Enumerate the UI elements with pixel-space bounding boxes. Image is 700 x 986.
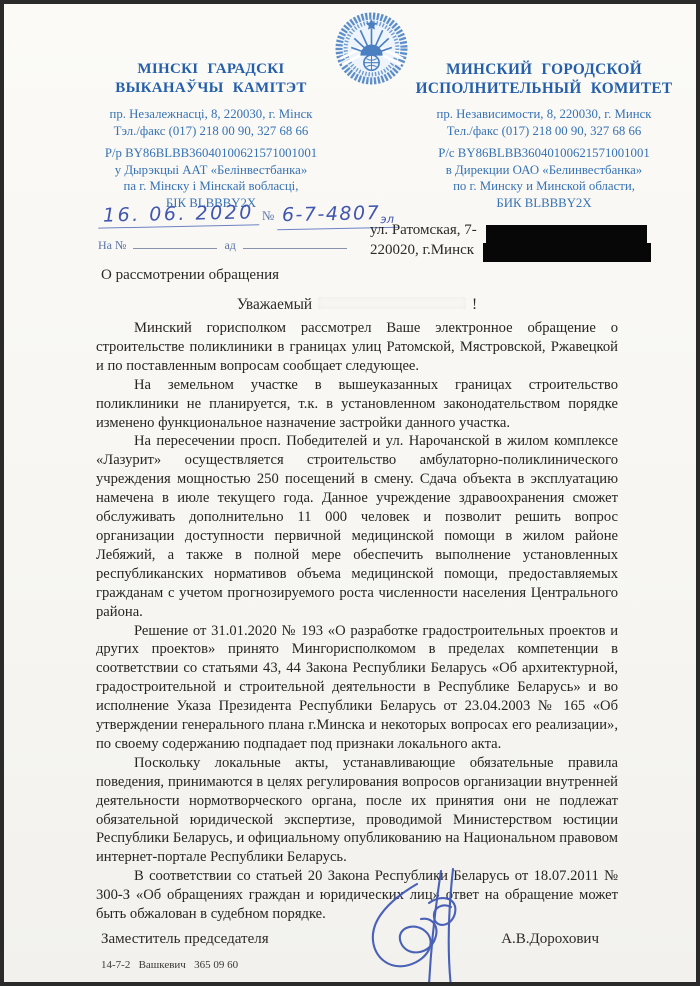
blank-line xyxy=(243,237,347,249)
recipient-street: ул. Ратомская, 7- xyxy=(370,221,477,241)
letterhead-left-title-line1: МІНСКІ ГАРАДСКІ xyxy=(86,60,336,79)
number-sign: № xyxy=(262,208,274,223)
letterhead-left-phone: Тэл./факс (017) 218 00 90, 327 68 66 xyxy=(86,123,336,140)
letterhead-right-bank-line1: в Дирекции ОАО «Белинвестбанка» xyxy=(398,162,690,179)
reply-from-label: ад xyxy=(224,238,235,252)
letterhead-right-contact: пр. Независимости, 8, 220030, г. Минск Т… xyxy=(398,106,690,139)
letterhead-right-title-line2: ИСПОЛНИТЕЛЬНЫЙ КОМИТЕТ xyxy=(398,79,690,98)
recipient-address: ул. Ратомская, 7- 220020, г.Минск xyxy=(370,221,477,260)
paragraph-1: Минский горисполком рассмотрел Ваше элек… xyxy=(96,319,618,376)
salutation-exclamation: ! xyxy=(472,296,477,313)
letterhead-right-account: Р/с BY86BLBB36040100621571001001 xyxy=(398,145,690,162)
scanned-letter-page: МІНСКІ ГАРАДСКІ ВЫКАНАЎЧЫ КАМІТЭТ пр. Не… xyxy=(0,0,700,986)
letterhead-left-bank: Р/р BY86BLBB36040100621571001001 у Дырэк… xyxy=(86,145,336,211)
redaction-block-1 xyxy=(486,225,647,243)
paragraph-3: На пересечении просп. Победителей и ул. … xyxy=(96,432,618,621)
letterhead-right-address: пр. Независимости, 8, 220030, г. Минск xyxy=(398,106,690,123)
letterhead-right: МИНСКИЙ ГОРОДСКОЙ ИСПОЛНИТЕЛЬНЫЙ КОМИТЕТ… xyxy=(398,60,690,211)
letterhead-left-bank-line1: у Дырэкцыі ААТ «Белінвестбанка» xyxy=(86,162,336,179)
handwritten-number: 6-7-4807 xyxy=(282,202,381,226)
paragraph-2: На земельном участке в вышеуказанных гра… xyxy=(96,376,618,433)
letterhead-right-bank: Р/с BY86BLBB36040100621571001001 в Дирек… xyxy=(398,145,690,211)
signature-row: Заместитель председателя А.В.Дорохович xyxy=(101,931,599,948)
redaction-block-2 xyxy=(483,243,651,262)
letterhead-left-bank-line2: па г. Мінску і Мінскай вобласці, xyxy=(86,178,336,195)
signature-ink-scribble xyxy=(362,868,500,986)
paragraph-6: В соответствии со статьей 20 Закона Респ… xyxy=(96,867,618,924)
recipient-city: 220020, г.Минск xyxy=(370,241,477,261)
salutation-text: Уважаемый xyxy=(237,296,312,313)
paragraph-4: Решение от 31.01.2020 № 193 «О разработк… xyxy=(96,622,618,754)
letter-body: Минский горисполком рассмотрел Ваше элек… xyxy=(96,319,618,924)
clerk-reference-note: 14-7-2 Вашкевич 365 09 60 xyxy=(101,959,238,971)
letterhead-right-title-line1: МИНСКИЙ ГОРОДСКОЙ xyxy=(398,60,690,79)
signer-position: Заместитель председателя xyxy=(101,931,269,948)
letterhead-left-contact: пр. Незалежнасці, 8, 220030, г. Мінск Тэ… xyxy=(86,106,336,139)
letterhead-right-bank-line2: по г. Минску и Минской области, xyxy=(398,178,690,195)
letterhead-left-title-line2: ВЫКАНАЎЧЫ КАМІТЭТ xyxy=(86,79,336,98)
letterhead-right-title: МИНСКИЙ ГОРОДСКОЙ ИСПОЛНИТЕЛЬНЫЙ КОМИТЕТ xyxy=(398,60,690,98)
letterhead-left-title: МІНСКІ ГАРАДСКІ ВЫКАНАЎЧЫ КАМІТЭТ xyxy=(86,60,336,98)
letterhead-left-account: Р/р BY86BLBB36040100621571001001 xyxy=(86,145,336,162)
blank-line xyxy=(133,237,217,249)
paragraph-5: Поскольку локальные акты, устанавливающи… xyxy=(96,754,618,867)
salutation-line: Уважаемый! xyxy=(96,296,618,314)
erased-name-area xyxy=(318,297,466,309)
letterhead-left-address: пр. Незалежнасці, 8, 220030, г. Мінск xyxy=(86,106,336,123)
reply-label: На № xyxy=(98,238,126,252)
letterhead-right-bik: БИК BLBBBY2X xyxy=(398,195,690,212)
handwritten-date: 16. 06. 2020 xyxy=(103,201,254,226)
date-underline: 16. 06. 2020 xyxy=(98,201,259,228)
signer-name: А.В.Дорохович xyxy=(501,931,599,948)
letterhead-left: МІНСКІ ГАРАДСКІ ВЫКАНАЎЧЫ КАМІТЭТ пр. Не… xyxy=(86,60,336,211)
subject-line: О рассмотрении обращения xyxy=(101,267,279,284)
letterhead-right-phone: Тел./факс (017) 218 00 90, 327 68 66 xyxy=(398,123,690,140)
